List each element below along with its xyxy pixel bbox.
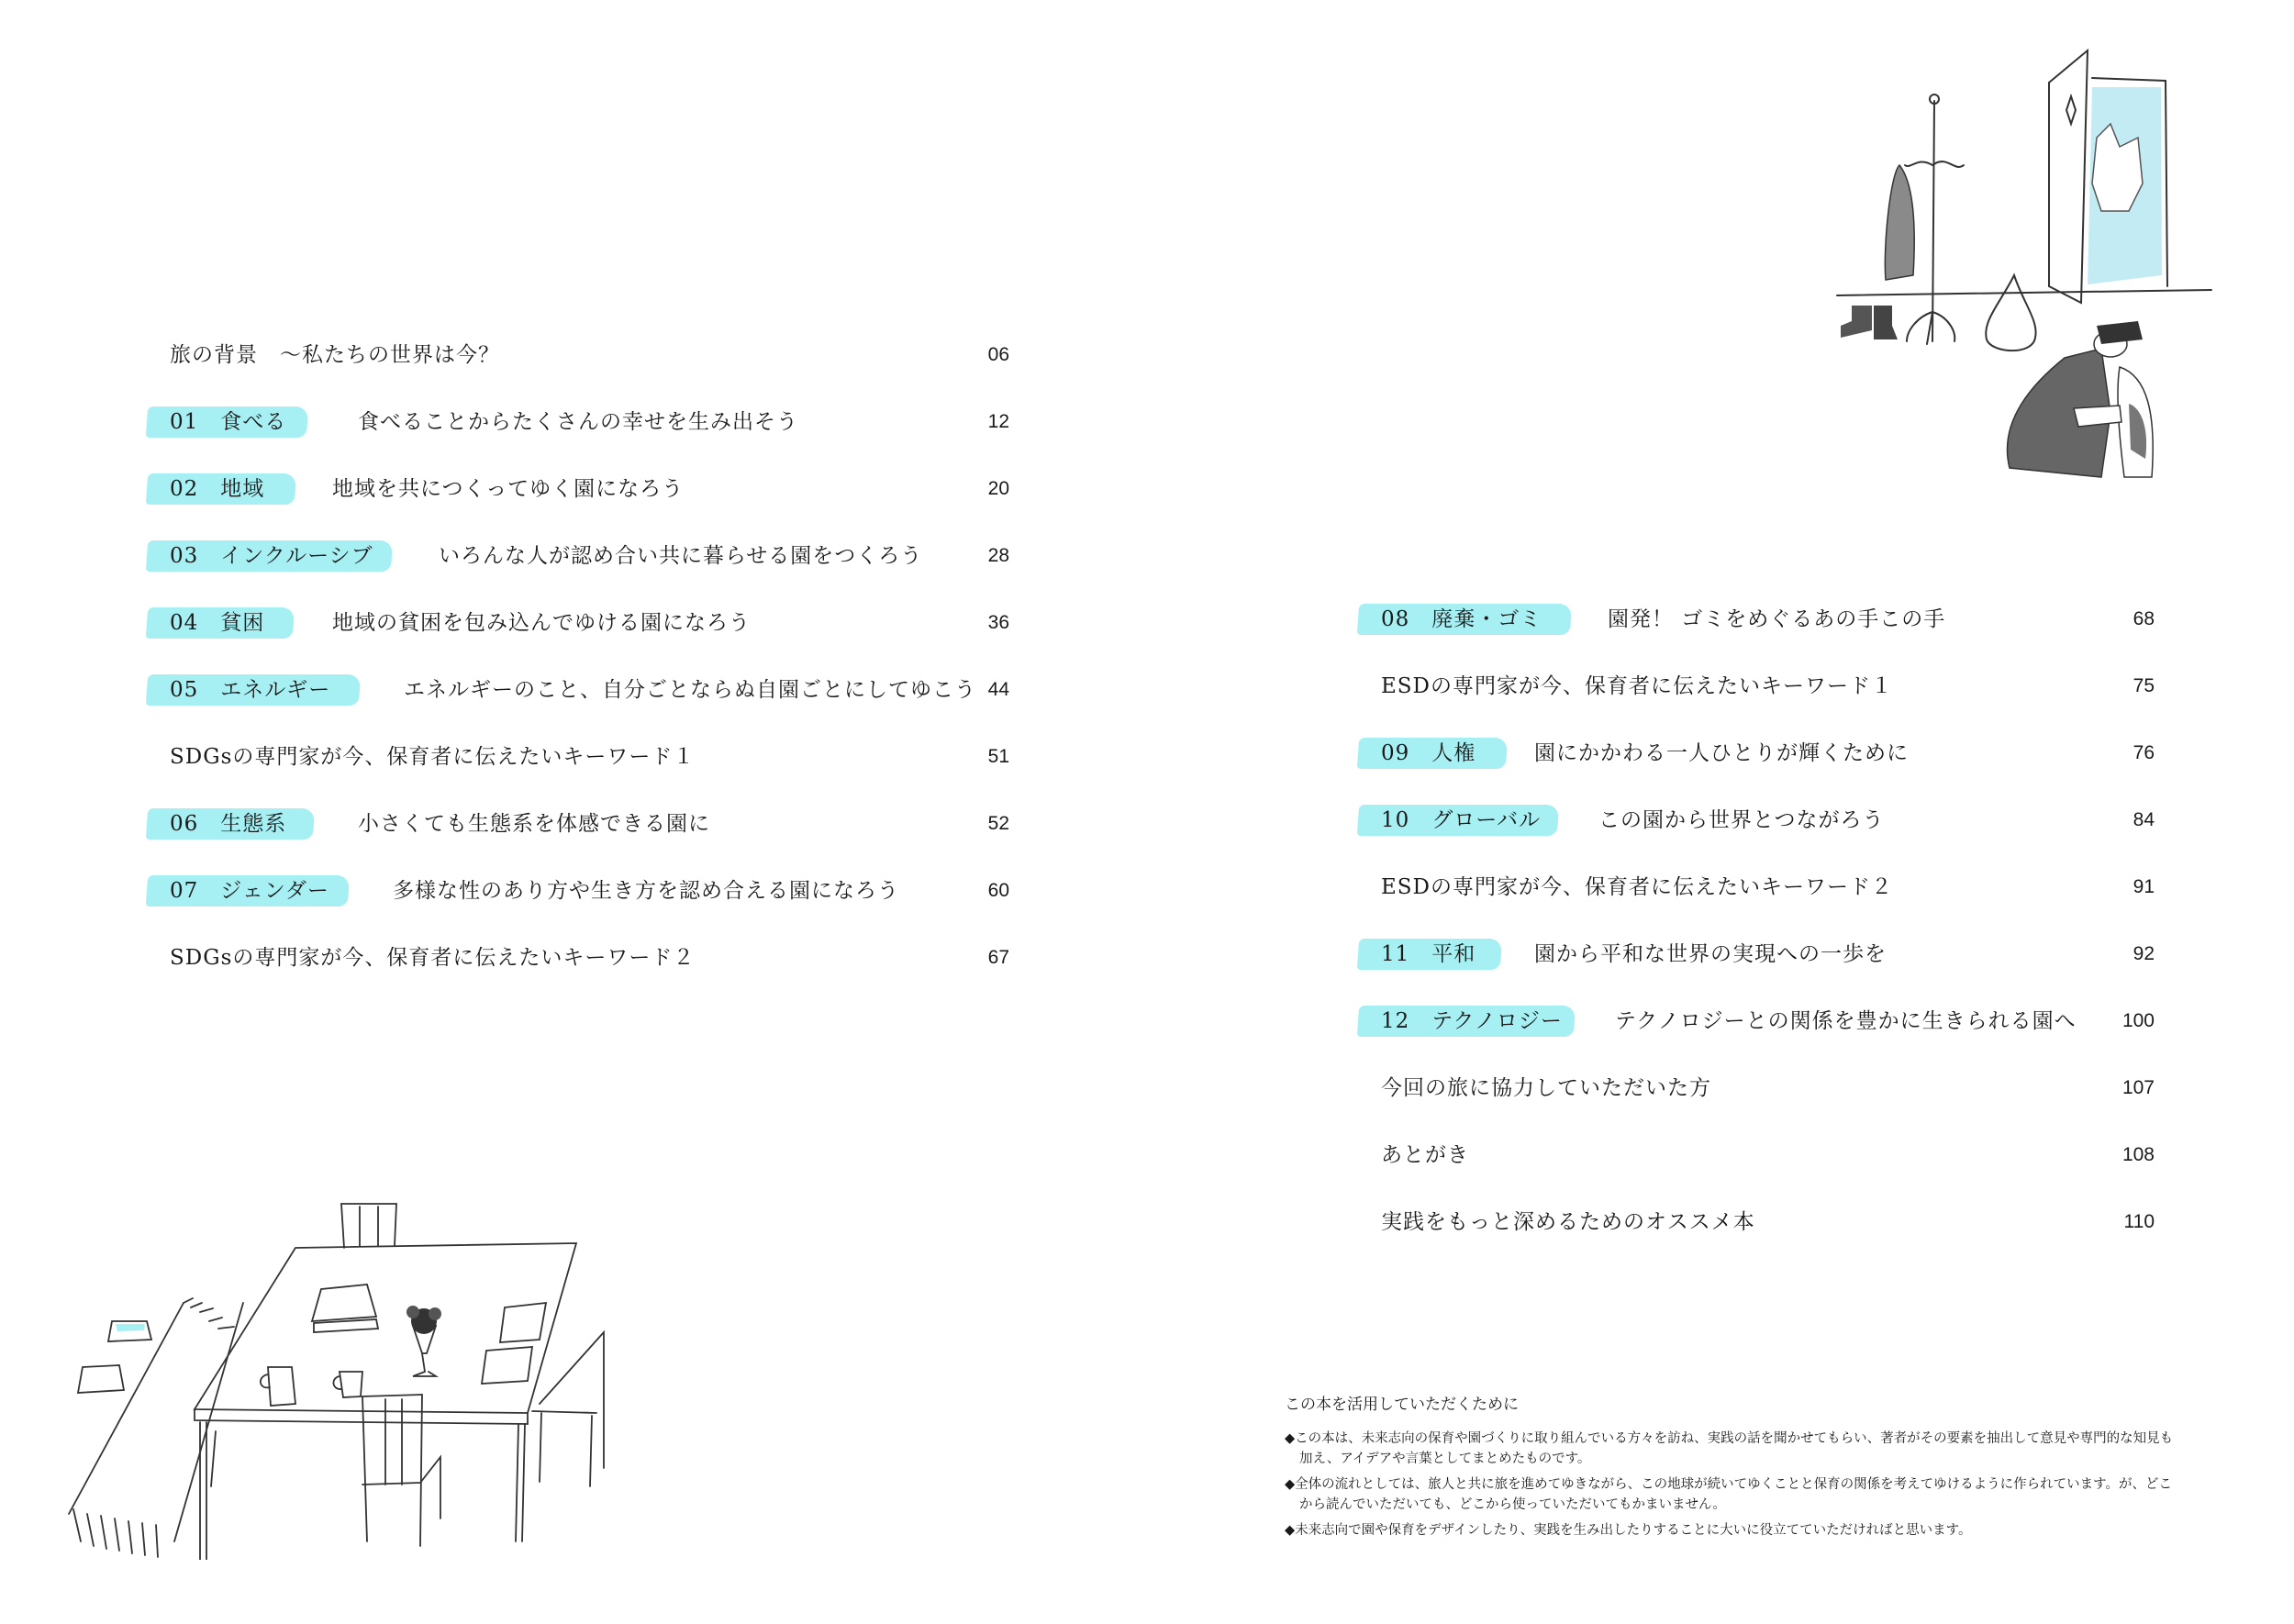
toc-title: 園発！ ゴミをめぐるあの手この手 (1608, 601, 1945, 638)
toc-entry[interactable]: 10 グローバルこの園から世界とつながろう84 (0, 802, 2294, 839)
toc-page-number: 06 (936, 337, 1009, 373)
toc-title: 地域を共につくってゆく園になろう (332, 471, 684, 507)
toc-page-number: 12 (936, 404, 1009, 440)
toc-title: テクノロジーとの関係を豊かに生きられる園へ (1615, 1003, 2077, 1040)
toc-page-number: 110 (2081, 1204, 2155, 1240)
entrance-illustration (1826, 46, 2266, 505)
toc-page-number: 75 (2081, 668, 2155, 705)
toc-page-number: 108 (2081, 1137, 2155, 1174)
table-illustration (55, 1193, 642, 1560)
toc-title: ESDの専門家が今、保育者に伝えたいキーワード１ (1381, 668, 1893, 705)
toc-entry[interactable]: 12 テクノロジーテクノロジーとの関係を豊かに生きられる園へ100 (0, 1003, 2294, 1040)
toc-title: 旅の背景 ～私たちの世界は今？ (170, 337, 500, 373)
toc-page-number: 91 (2081, 869, 2155, 906)
toc-page-number: 20 (936, 471, 1009, 507)
toc-entry[interactable]: ESDの専門家が今、保育者に伝えたいキーワード１75 (0, 668, 2294, 705)
usage-note-item: ◆未来志向で園や保育をデザインしたり、実践を生み出したりすることに大いに役立てて… (1285, 1520, 2184, 1541)
toc-title: 園から平和な世界の実現への一歩を (1534, 936, 1887, 973)
toc-entry[interactable]: 今回の旅に協力していただいた方107 (0, 1070, 2294, 1107)
toc-category: 12 テクノロジー (1381, 1003, 1563, 1040)
toc-entry[interactable]: 11 平和園から平和な世界の実現への一歩を92 (0, 936, 2294, 973)
toc-category: 03 インクルーシブ (170, 538, 373, 574)
toc-title: いろんな人が認め合い共に暮らせる園をつくろう (439, 538, 922, 574)
toc-category: 10 グローバル (1381, 802, 1541, 839)
toc-page-number: 28 (936, 538, 1009, 574)
toc-title: ESDの専門家が今、保育者に伝えたいキーワード２ (1381, 869, 1893, 906)
usage-notes-heading: この本を活用していただくために (1285, 1391, 2184, 1414)
toc-entry[interactable]: ESDの専門家が今、保育者に伝えたいキーワード２91 (0, 869, 2294, 906)
toc-category: 11 平和 (1381, 936, 1476, 973)
toc-title: 実践をもっと深めるためのオススメ本 (1381, 1204, 1755, 1240)
toc-title: 園にかかわる一人ひとりが輝くために (1534, 735, 1909, 772)
toc-page-number: 68 (2081, 601, 2155, 638)
toc-page-number: 92 (2081, 936, 2155, 973)
toc-page-number: 76 (2081, 735, 2155, 772)
toc-entry[interactable]: 03 インクルーシブいろんな人が認め合い共に暮らせる園をつくろう28 (0, 538, 2294, 574)
toc-page-number: 84 (2081, 802, 2155, 839)
usage-note-item: ◆この本は、未来志向の保育や園づくりに取り組んでいる方々を訪ね、実践の話を聞かせ… (1285, 1429, 2184, 1469)
usage-note-item: ◆全体の流れとしては、旅人と共に旅を進めてゆきながら、この地球が続いてゆくことと… (1285, 1474, 2184, 1515)
toc-title: この園から世界とつながろう (1598, 802, 1885, 839)
toc-category: 02 地域 (170, 471, 264, 507)
toc-category: 09 人権 (1381, 735, 1476, 772)
toc-title: 今回の旅に協力していただいた方 (1381, 1070, 1711, 1107)
toc-entry[interactable]: 09 人権園にかかわる一人ひとりが輝くために76 (0, 735, 2294, 772)
usage-notes: この本を活用していただくために ◆この本は、未来志向の保育や園づくりに取り組んで… (1285, 1391, 2184, 1546)
toc-page-number: 100 (2081, 1003, 2155, 1040)
toc-entry[interactable]: 08 廃棄・ゴミ園発！ ゴミをめぐるあの手この手68 (0, 601, 2294, 638)
toc-title: 食べることからたくさんの幸せを生み出そう (358, 404, 798, 440)
toc-title: あとがき (1381, 1137, 1469, 1174)
toc-entry[interactable]: あとがき108 (0, 1137, 2294, 1174)
toc-category: 01 食べる (170, 404, 286, 440)
toc-category: 08 廃棄・ゴミ (1381, 601, 1542, 638)
toc-page-number: 107 (2081, 1070, 2155, 1107)
